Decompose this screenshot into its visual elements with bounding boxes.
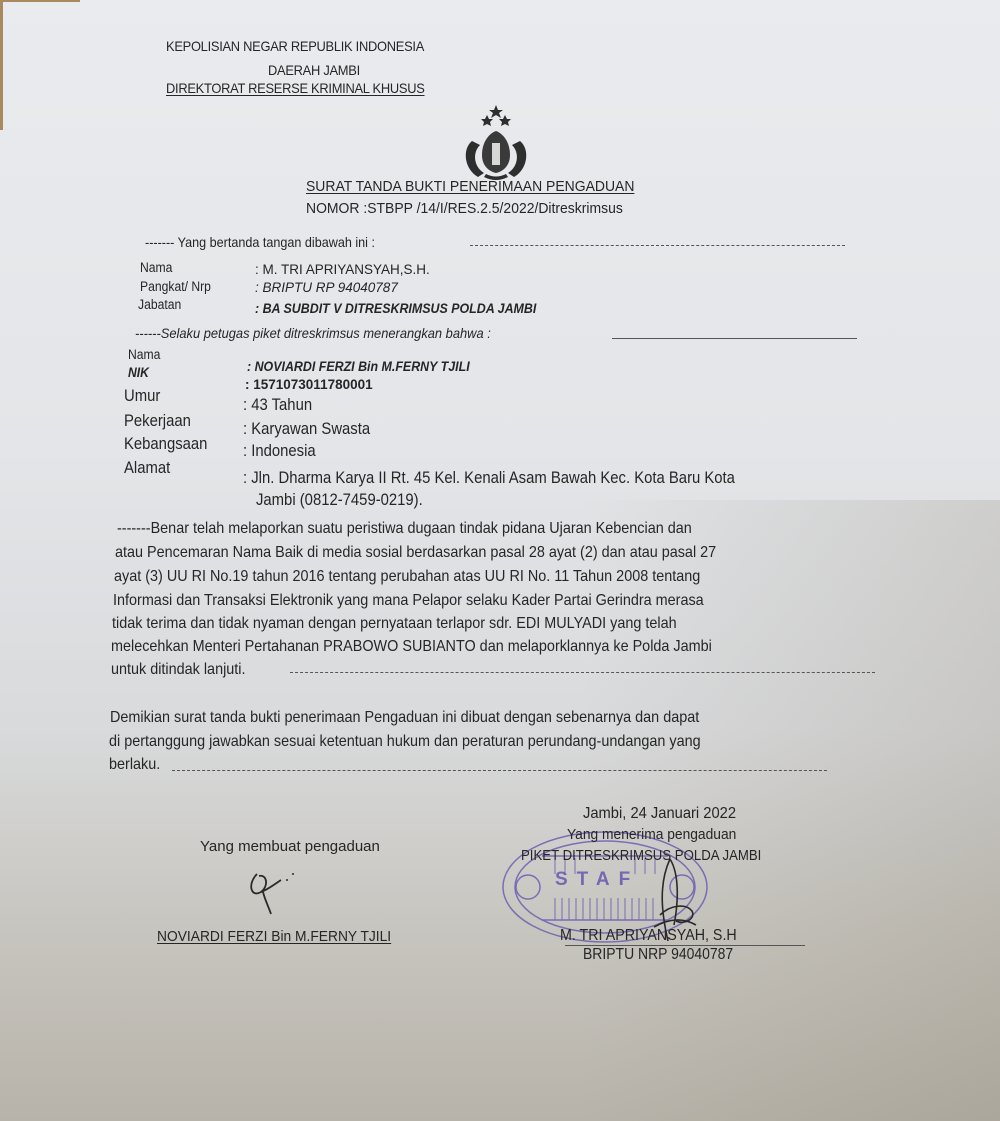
field-label: Kebangsaan [124, 435, 207, 454]
paper-edge [0, 0, 3, 130]
field-label: Jabatan [138, 297, 181, 312]
complainant-caption: Yang membuat pengaduan [200, 838, 380, 855]
body-line: Informasi dan Transaksi Elektronik yang … [113, 592, 704, 610]
field-value: : BRIPTU RP 94040787 [255, 280, 398, 295]
signature-scribble-icon [245, 868, 305, 918]
field-label: Pangkat/ Nrp [140, 279, 211, 294]
signatory-intro: ------- Yang bertanda tangan dibawah ini… [145, 234, 375, 250]
body-line: untuk ditindak lanjuti. [111, 661, 245, 679]
body-line: melecehkan Menteri Pertahanan PRABOWO SU… [111, 638, 712, 656]
receiver-name: M. TRI APRIYANSYAH, S.H [560, 927, 737, 945]
place-date: Jambi, 24 Januari 2022 [583, 805, 736, 823]
field-value: : Jln. Dharma Karya II Rt. 45 Kel. Kenal… [243, 469, 735, 488]
police-emblem-icon [450, 103, 542, 183]
divider [172, 770, 827, 771]
field-value: : 43 Tahun [243, 396, 312, 415]
field-label: Nama [128, 347, 160, 362]
divider [470, 245, 845, 246]
divider [290, 672, 875, 673]
divider [612, 338, 857, 339]
field-value: : 1571073011780001 [245, 377, 373, 392]
receiver-rank: BRIPTU NRP 94040787 [583, 946, 733, 964]
field-label: Nama [140, 260, 172, 275]
complainant-name: NOVIARDI FERZI Bin M.FERNY TJILI [157, 928, 391, 945]
closing-line: Demikian surat tanda bukti penerimaan Pe… [110, 709, 699, 727]
field-value: : BA SUBDIT V DITRESKRIMSUS POLDA JAMBI [255, 301, 536, 316]
field-label: Umur [124, 387, 160, 406]
body-line: atau Pencemaran Nama Baik di media sosia… [115, 544, 716, 562]
body-line: tidak terima dan tidak nyaman dengan per… [112, 615, 677, 633]
field-label: Alamat [124, 459, 170, 478]
stamp-text: STAF [555, 869, 639, 891]
field-value: : Indonesia [243, 442, 316, 461]
document-number: NOMOR :STBPP /14/I/RES.2.5/2022/Ditreskr… [306, 200, 623, 217]
receiver-caption: Yang menerima pengaduan [567, 826, 736, 843]
field-value-cont: Jambi (0812-7459-0219). [256, 491, 423, 510]
closing-line: berlaku. [109, 756, 160, 774]
paper-edge-top [0, 0, 80, 2]
body-line: ayat (3) UU RI No.19 tahun 2016 tentang … [114, 568, 700, 586]
closing-line: di pertanggung jawabkan sesuai ketentuan… [109, 733, 701, 751]
field-value: : NOVIARDI FERZI Bin M.FERNY TJILI [247, 359, 470, 374]
field-label: NIK [128, 365, 149, 380]
field-value: : Karyawan Swasta [243, 420, 370, 439]
document-title: SURAT TANDA BUKTI PENERIMAAN PENGADUAN [306, 178, 634, 195]
region-name: DAERAH JAMBI [268, 62, 360, 78]
institution-name: KEPOLISIAN NEGAR REPUBLIK INDONESIA [166, 38, 424, 54]
field-value: : M. TRI APRIYANSYAH,S.H. [255, 262, 430, 277]
field-label: Pekerjaan [124, 412, 191, 431]
statement-intro: ------Selaku petugas piket ditreskrimsus… [135, 325, 491, 341]
body-line: -------Benar telah melaporkan suatu peri… [117, 520, 692, 538]
directorate-name: DIREKTORAT RESERSE KRIMINAL KHUSUS [166, 80, 425, 96]
